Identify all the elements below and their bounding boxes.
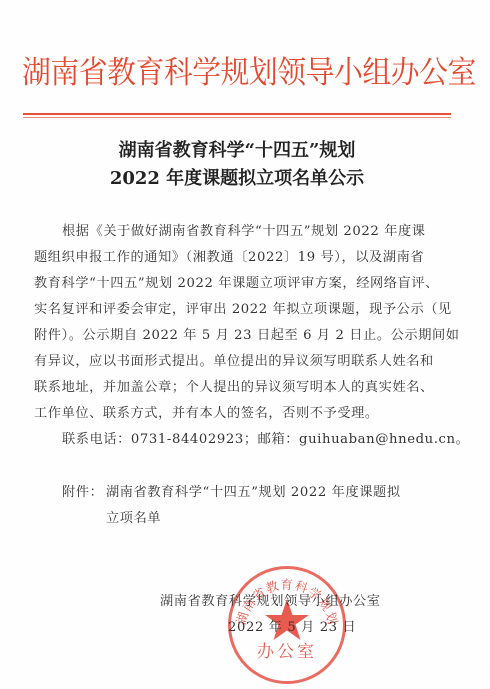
signature-date: 2022 年 5 月 23 日 <box>228 618 356 638</box>
document-title-line-2: 2022 年度课题拟立项名单公示 <box>0 167 482 191</box>
letterhead-rule-thin <box>23 117 451 118</box>
document-page: 湖南省教育科学规划领导小组办公室 湖南省教育科学“十四五”规划 2022 年度课… <box>0 0 490 689</box>
body-paragraph-line: 有异议，应以书面形式提出。单位提出的异议须写明联系人姓名和 <box>34 352 434 372</box>
attachment-title-line-1: 湖南省教育科学“十四五”规划 2022 年度课题拟 <box>106 483 401 503</box>
body-paragraph-line: 实名复评和评委会审定，评审出 2022 年拟立项课题，现予公示（见 <box>34 300 452 320</box>
document-title-line-1: 湖南省教育科学“十四五”规划 <box>0 139 482 163</box>
watermark-text: manikotsu.com <box>378 665 490 680</box>
letterhead-rule-thick <box>23 113 451 115</box>
contact-info: 联系电话：0731-84402923；邮箱：guihuaban@hnedu.cn… <box>62 430 469 450</box>
body-paragraph-line: 根据《关于做好湖南省教育科学“十四五”规划 2022 年度课 <box>62 222 426 242</box>
attachment-label: 附件： <box>62 483 103 503</box>
signature-organization: 湖南省教育科学规划领导小组办公室 <box>160 592 381 612</box>
seal-center-text: 办公室 <box>231 637 343 662</box>
body-paragraph-line: 教育科学“十四五”规划 2022 年课题立项评审方案，经网络盲评、 <box>34 274 439 294</box>
body-paragraph-line: 附件）。公示期自 2022 年 5 月 23 日起至 6 月 2 日止。公示期间… <box>34 326 460 346</box>
attachment-title-line-2: 立项名单 <box>106 509 161 529</box>
body-paragraph-line: 联系地址，并加盖公章；个人提出的异议须写明本人的真实姓名、 <box>34 378 434 398</box>
body-paragraph-line: 题组织申报工作的通知》（湘教通〔2022〕19 号），以及湖南省 <box>34 248 424 268</box>
body-paragraph-line: 工作单位、联系方式，并有本人的签名，否则不予受理。 <box>34 404 379 424</box>
letterhead-title: 湖南省教育科学规划领导小组办公室 <box>22 52 422 94</box>
